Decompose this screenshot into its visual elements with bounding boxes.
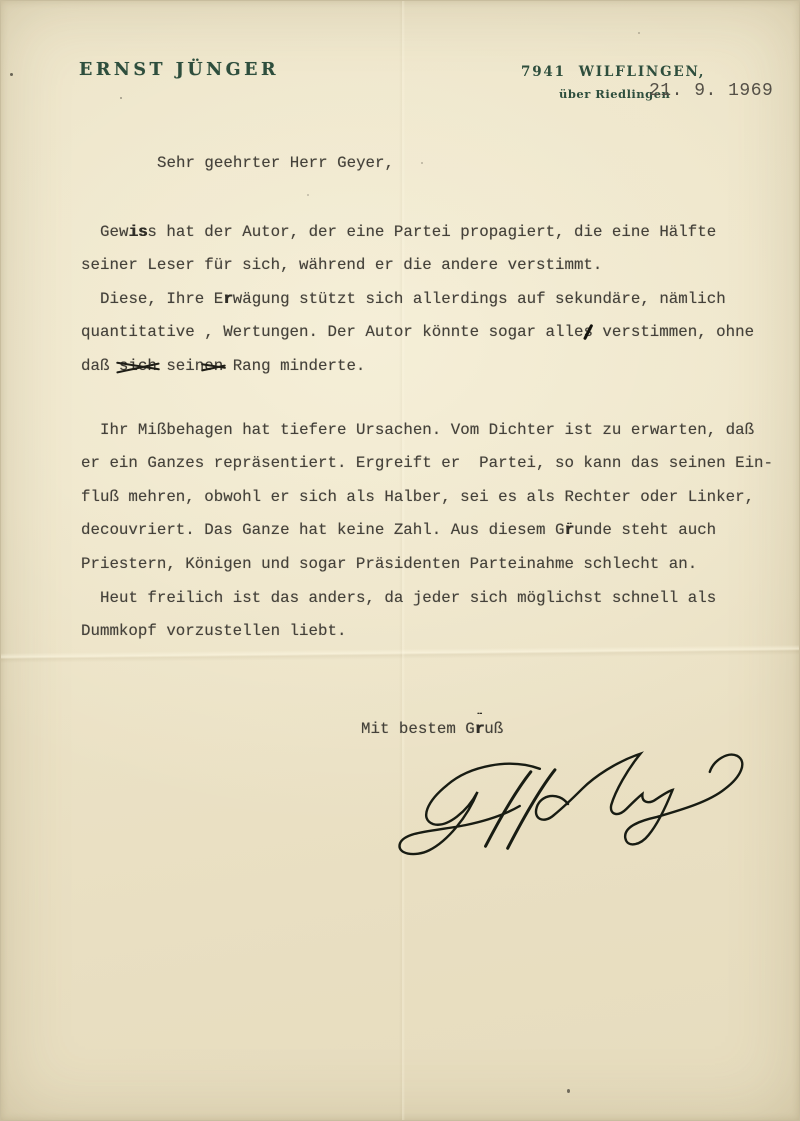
paper-speck <box>120 97 122 99</box>
text-segment: Diese, Ihre E <box>100 290 223 308</box>
correction-ot: r <box>223 290 232 308</box>
text-segment: Heut freilich ist das anders, da jeder s… <box>100 589 716 607</box>
letter-line: Heut freilich ist das anders, da jeder s… <box>81 582 771 616</box>
correction-sx: en <box>204 357 223 375</box>
text-segment: unde steht auch <box>574 521 716 539</box>
letter-line: Diese, Ihre Erwägung stützt sich allerdi… <box>81 283 771 317</box>
text-segment: seiner Leser für sich, während er die an… <box>81 256 602 274</box>
paragraph: Heut freilich ist das anders, da jeder s… <box>81 582 771 649</box>
letter-line: quantitative , Wertungen. Der Autor könn… <box>81 316 771 350</box>
text-segment: verstimmen, ohne <box>593 323 754 341</box>
text-segment: daß <box>81 357 119 375</box>
text-segment: sein <box>157 357 204 375</box>
paper-speck <box>10 73 13 76</box>
correction-ot: is <box>128 223 147 241</box>
paper-speck <box>638 32 640 34</box>
letter-line: seiner Leser für sich, während er die an… <box>81 249 771 283</box>
text-segment: Ihr Mißbehagen hat tiefere Ursachen. Vom… <box>100 421 754 439</box>
text-segment: Dummkopf vorzustellen liebt. <box>81 622 346 640</box>
letterhead-sender-name: ERNST JÜNGER <box>79 60 279 80</box>
letter-line: er ein Ganzes repräsentiert. Ergreift er… <box>81 447 771 481</box>
signature-ink <box>400 754 743 854</box>
text-segment: Rang minderte. <box>223 357 365 375</box>
closing-line: Mit bestem Gruß <box>361 720 503 738</box>
typed-date: 21. 9. 1969 <box>649 81 773 101</box>
text-segment: uß <box>484 720 503 738</box>
paragraph: Gewiss hat der Autor, der eine Partei pr… <box>81 216 771 283</box>
text-segment: wägung stützt sich allerdings auf sekund… <box>233 290 726 308</box>
letterhead-address-line1: 7941 WILFLINGEN, <box>521 64 781 80</box>
letter-page: ERNST JÜNGER 7941 WILFLINGEN, über Riedl… <box>0 0 800 1121</box>
paper-speck <box>567 1089 570 1093</box>
correction-otm: r <box>564 521 573 539</box>
letter-line: Gewiss hat der Autor, der eine Partei pr… <box>81 216 771 250</box>
text-segment: er ein Ganzes repräsentiert. Ergreift er… <box>81 454 773 472</box>
letter-line: Ihr Mißbehagen hat tiefere Ursachen. Vom… <box>81 414 771 448</box>
correction-otm: r <box>475 720 484 738</box>
text-segment: Priestern, Königen und sogar Präsidenten… <box>81 555 697 573</box>
paragraph: Diese, Ihre Erwägung stützt sich allerdi… <box>81 283 771 384</box>
letter-line: Dummkopf vorzustellen liebt. <box>81 615 771 649</box>
text-segment: decouvriert. Das Ganze hat keine Zahl. A… <box>81 521 564 539</box>
letter-line: decouvriert. Das Ganze hat keine Zahl. A… <box>81 514 771 548</box>
letter-line: daß sich seinen Rang minderte. <box>81 350 771 384</box>
text-segment: fluß mehren, obwohl er sich als Halber, … <box>81 488 754 506</box>
paragraph: Ihr Mißbehagen hat tiefere Ursachen. Vom… <box>81 414 771 582</box>
salutation: Sehr geehrter Herr Geyer, <box>81 147 771 181</box>
letter-line: Priestern, Königen und sogar Präsidenten… <box>81 548 771 582</box>
correction-sl: s <box>583 323 592 341</box>
text-segment: Mit bestem G <box>361 720 475 738</box>
signature <box>389 746 747 860</box>
text-segment: s hat der Autor, der eine Partei propagi… <box>147 223 716 241</box>
letter-body: Sehr geehrter Herr Geyer, Gewiss hat der… <box>81 147 771 649</box>
paragraphs-container: Gewiss hat der Autor, der eine Partei pr… <box>81 216 771 649</box>
correction-sx: sich <box>119 357 157 375</box>
letter-line: fluß mehren, obwohl er sich als Halber, … <box>81 481 771 515</box>
text-segment: quantitative , Wertungen. Der Autor könn… <box>81 323 583 341</box>
text-segment: Gew <box>100 223 128 241</box>
